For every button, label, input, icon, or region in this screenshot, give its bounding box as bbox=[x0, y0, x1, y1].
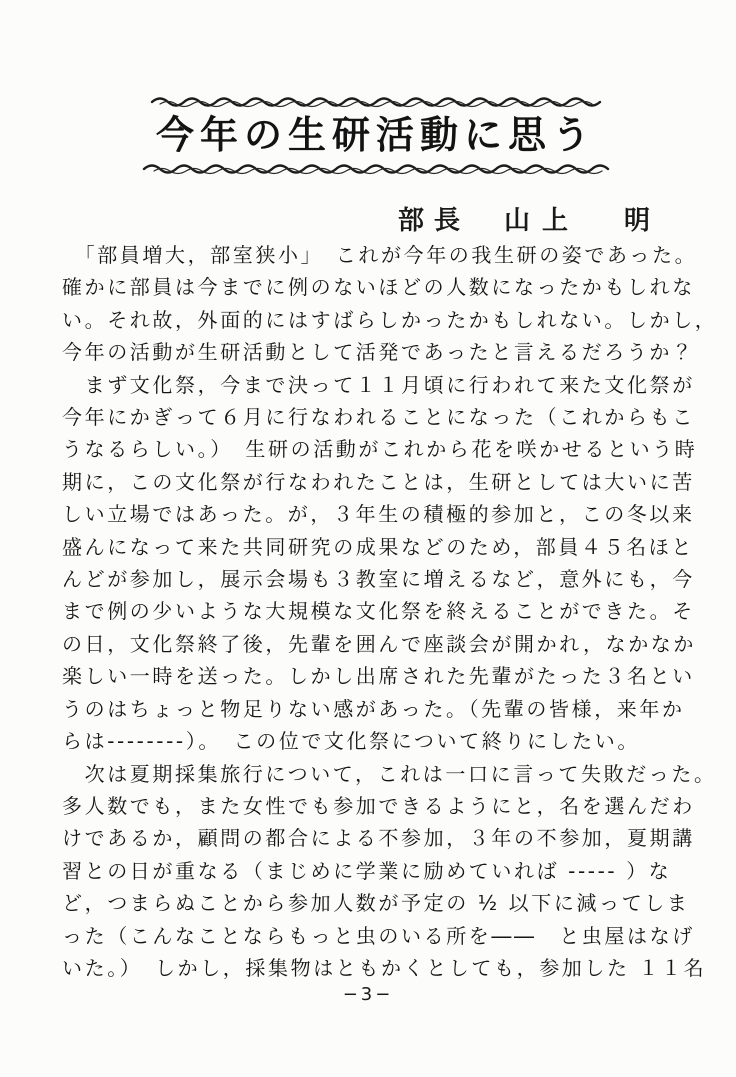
body-line: 確かに部員は今までに例のないほどの人数になったかもしれな bbox=[62, 271, 698, 303]
body-line: 期に，この文化祭が行なわれたことは，生研としては大いに苦 bbox=[62, 466, 698, 498]
body-line: まで例の少いような大規模な文化祭を終えることができた。そ bbox=[62, 595, 698, 627]
author-role: 部長 bbox=[398, 200, 470, 237]
body-line: 習との日が重なる（まじめに学業に励めていれば ----- ）な bbox=[62, 855, 698, 887]
body-line: 「部員増大，部室狭小」 これが今年の我生研の姿であった。 bbox=[62, 239, 698, 271]
body-line: 今年の活動が生研活動として活発であったと言えるだろうか？ bbox=[62, 336, 698, 368]
author-family-name: 山上 bbox=[504, 200, 580, 237]
body-line: けであるか，顧問の都合による不参加，３年の不参加，夏期講 bbox=[62, 822, 698, 854]
wavy-rule-bottom-icon bbox=[142, 160, 610, 178]
body-line: 今年にかぎって６月に行なわれることになった（これからもこ bbox=[62, 401, 698, 433]
body-line: いた。） しかし，採集物はともかくとしても，参加した １１名 bbox=[62, 952, 698, 984]
body-line: 多人数でも，また女性でも参加できるようにと，名を選んだわ bbox=[62, 790, 698, 822]
wavy-rule-top-icon bbox=[150, 92, 602, 110]
body-line: うなるらしい。） 生研の活動がこれから花を咲かせるという時 bbox=[62, 433, 698, 465]
body-line: うのはちょっと物足りない感があった。（先輩の皆様，来年か bbox=[62, 693, 698, 725]
page-title: 今年の生研活動に思う bbox=[138, 113, 614, 159]
body-line: らは--------）。 この位で文化祭について終りにしたい。 bbox=[62, 725, 698, 757]
body-line: んどが参加し，展示会場も３教室に増えるなど，意外にも，今 bbox=[62, 563, 698, 595]
body-line: しい立場ではあった。が，３年生の積極的参加と，この冬以来 bbox=[62, 498, 698, 530]
body-line: ど，つまらぬことから参加人数が予定の ½ 以下に減ってしま bbox=[62, 887, 698, 919]
body-line: 楽しい一時を送った。しかし出席された先輩がたった３名とい bbox=[62, 660, 698, 692]
body-line: 次は夏期採集旅行について，これは一口に言って失敗だった。 bbox=[62, 758, 698, 790]
body-line: まず文化祭，今まで決って１１月頃に行われて来た文化祭が bbox=[62, 369, 698, 401]
body-line: い。それ故，外面的にはすばらしかったかもしれない。しかし， bbox=[62, 304, 698, 336]
body-line: った（こんなことならもっと虫のいる所を―― と虫屋はなげ bbox=[62, 920, 698, 952]
title-block: 今年の生研活動に思う bbox=[138, 92, 614, 178]
scanned-document-page: 今年の生研活動に思う 部長 山上 明 「部員増大，部室狭小」 これが今年の我生研… bbox=[0, 0, 736, 1077]
body-line: 盛んになって来た共同研究の成果などのため，部員４５名ほと bbox=[62, 531, 698, 563]
body-line: の日，文化祭終了後，先輩を囲んで座談会が開かれ，なかなか bbox=[62, 628, 698, 660]
body-text: 「部員増大，部室狭小」 これが今年の我生研の姿であった。 確かに部員は今までに例… bbox=[62, 239, 698, 984]
author-line: 部長 山上 明 bbox=[398, 200, 650, 237]
author-given-name: 明 bbox=[624, 200, 650, 237]
page-number: −3− bbox=[0, 984, 736, 1005]
